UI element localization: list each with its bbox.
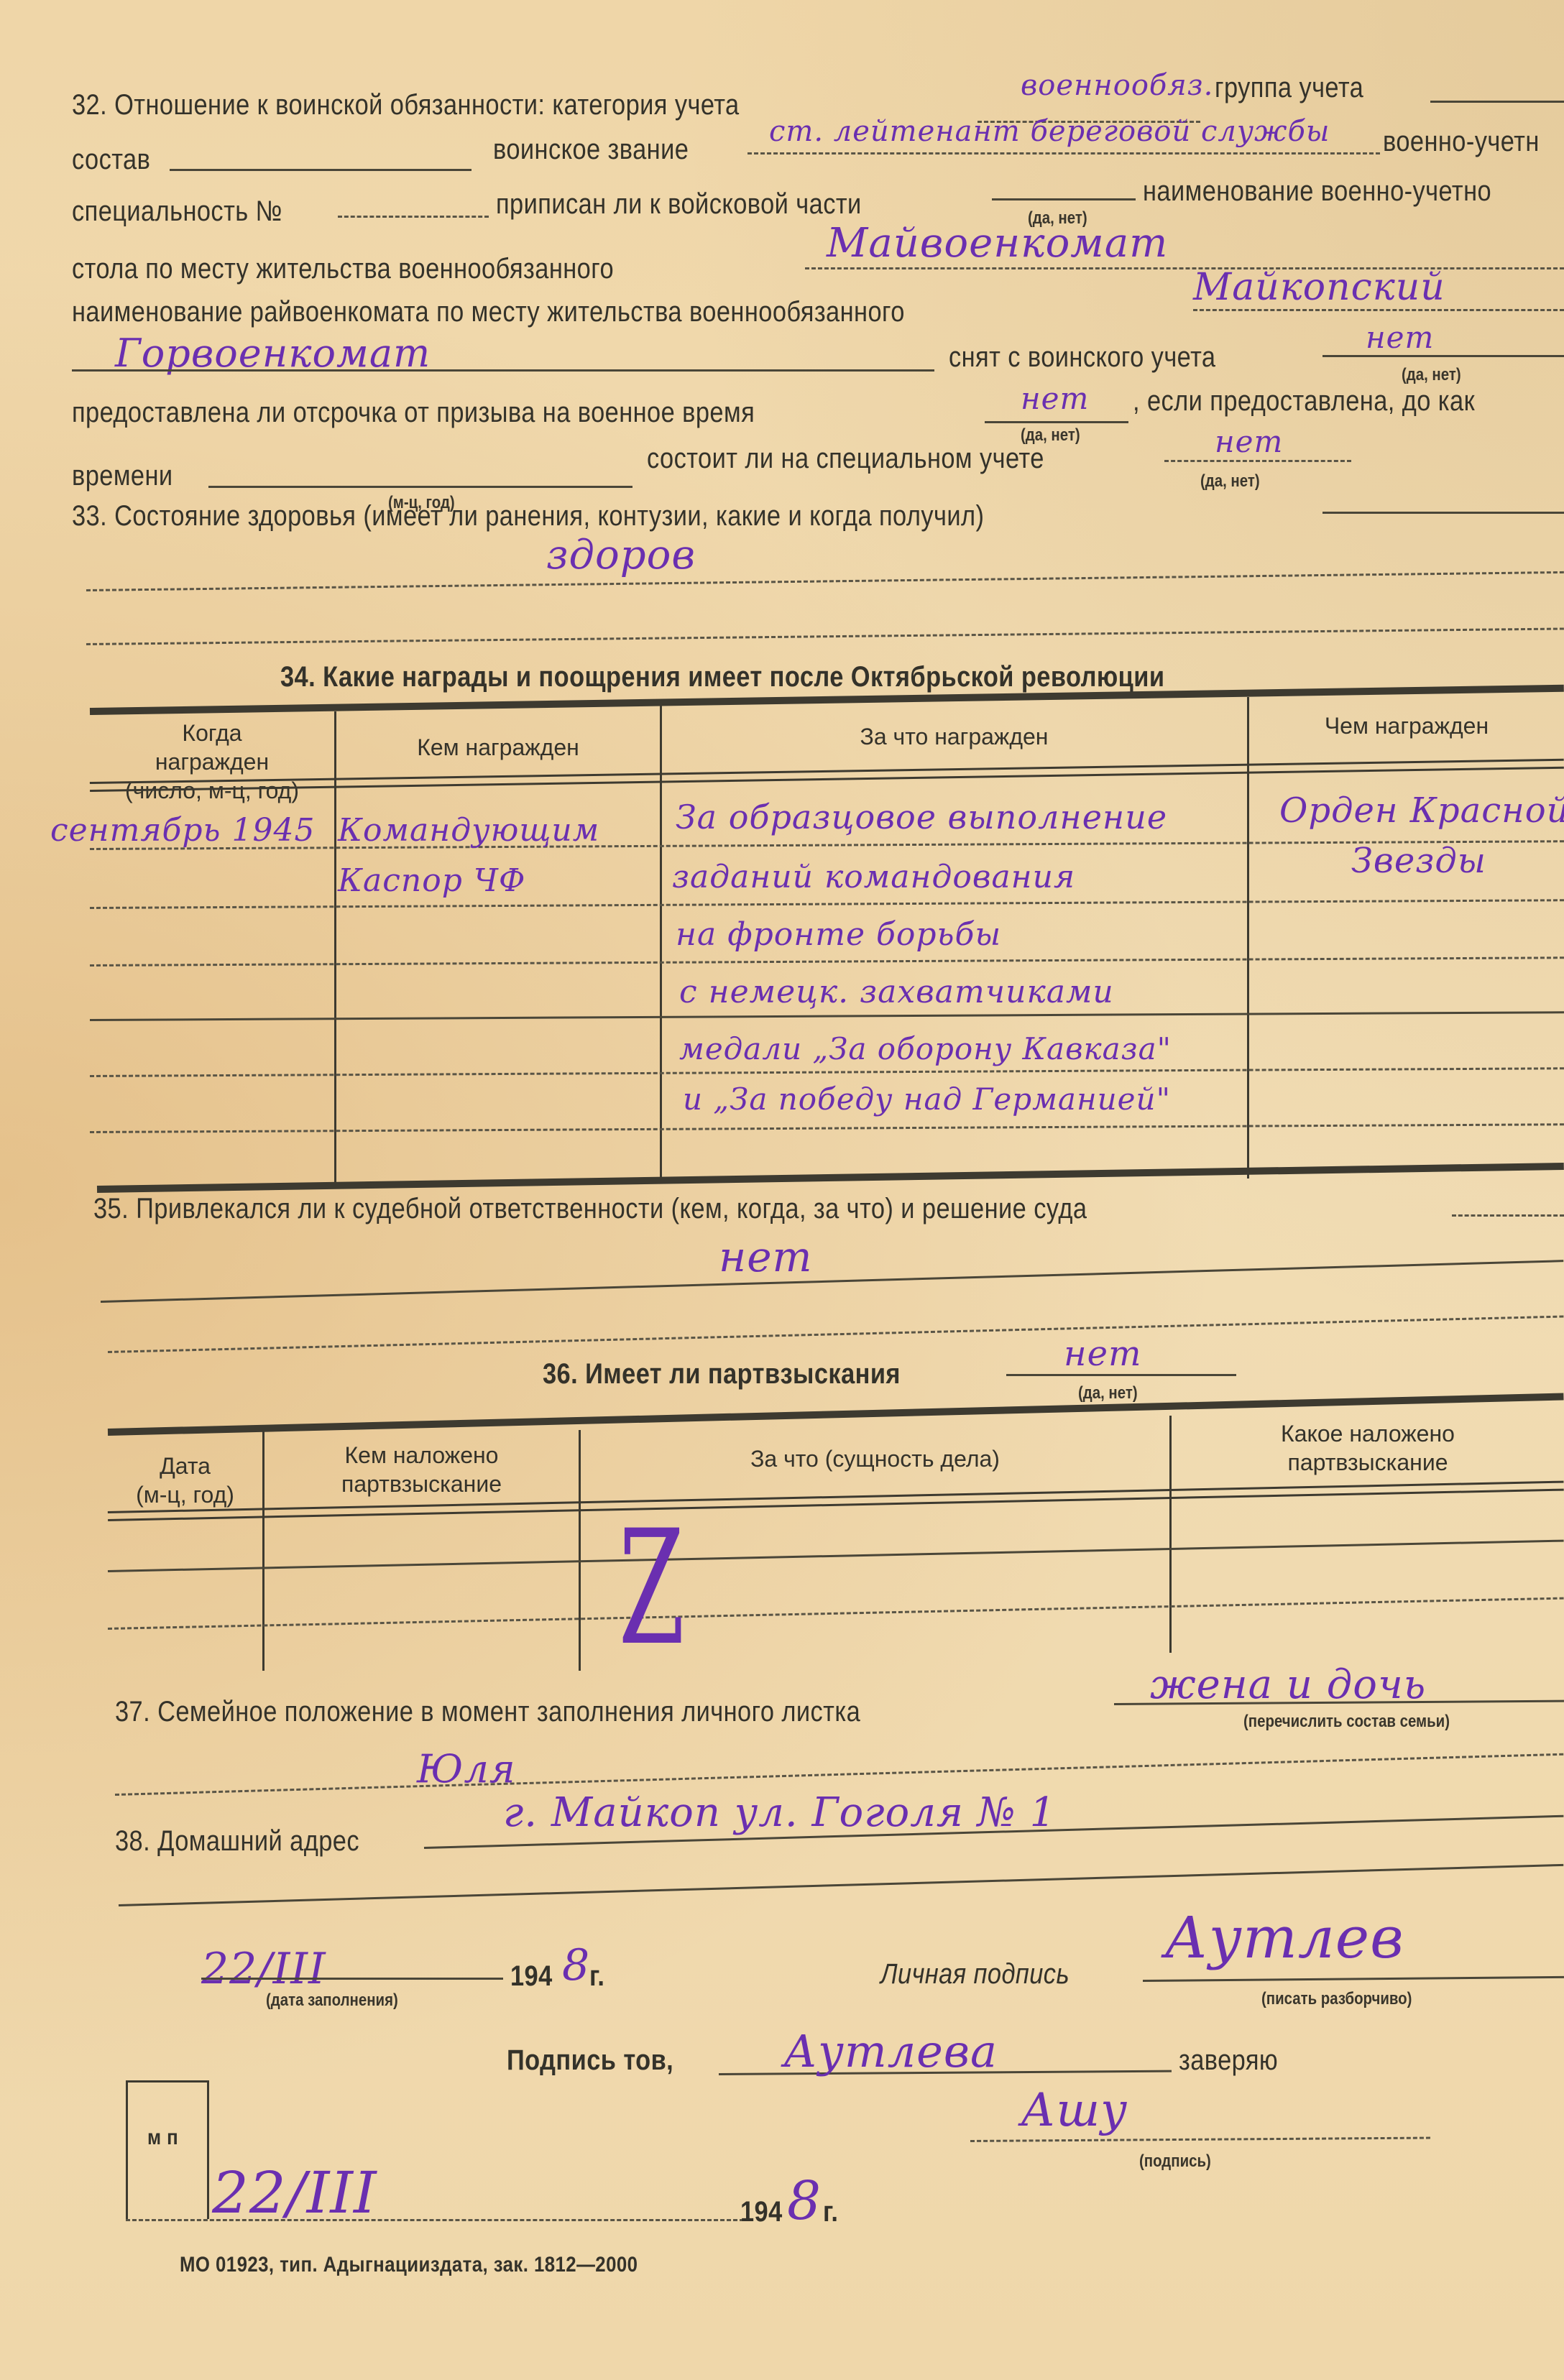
award-row-1-award[interactable]: Орден Красной [1279, 790, 1564, 831]
certifier-signature-value[interactable]: Ашу [1021, 2084, 1128, 2137]
specialty-field-line[interactable] [338, 216, 489, 218]
penalty-row-line-1 [108, 1540, 1564, 1572]
awards-row-line-6 [90, 1123, 1564, 1133]
penalty-header-type: Какое наложено партвзыскание [1172, 1419, 1564, 1477]
cert-year-suffix[interactable]: 8 [787, 2170, 822, 2232]
table-place-field-line [805, 267, 1564, 269]
cert-year-g: г. [823, 2196, 838, 2228]
label-vus-cont: военно-учетн [1383, 126, 1540, 158]
certifier-signature-line [970, 2137, 1430, 2142]
label-rank: воинское звание [493, 134, 689, 166]
award-row-1-by-whom[interactable]: Командующим [338, 812, 599, 849]
removed-field-line [1322, 355, 1564, 357]
award-row-6-for-what[interactable]: и „За победу над Германией" [683, 1081, 1171, 1117]
hint-yes-no-4: (да, нет) [1200, 471, 1260, 492]
court-field-line-1 [101, 1260, 1563, 1303]
printer-imprint: МО 01923, тип. Адыгнацииздата, зак. 1812… [180, 2253, 638, 2277]
label-personal-signature: Личная подпись [880, 1958, 1069, 1991]
award-row-3-for-what[interactable]: на фронте борьбы [676, 916, 1001, 953]
award-row-1-when[interactable]: сентябрь 1945 [50, 812, 315, 849]
label-raion: наименование райвоенкомата по месту жите… [72, 296, 905, 328]
deferral-field-line [985, 421, 1128, 423]
deferral-value[interactable]: нет [1021, 381, 1089, 416]
penalty-strike-mark: Z [619, 1509, 685, 1667]
awards-table-bottom-rule [97, 1163, 1564, 1193]
personal-signature-value[interactable]: Аутлев [1164, 1904, 1404, 1971]
awards-row-line-2 [90, 899, 1564, 909]
time-field-line[interactable] [208, 486, 632, 488]
hint-family: (перечислить состав семьи) [1243, 1712, 1450, 1732]
award-row-2-for-what[interactable]: заданий командования [672, 859, 1075, 895]
label-party-penalty: 36. Имеет ли партвзыскания [543, 1358, 901, 1390]
label-specialty: специальность № [72, 195, 282, 228]
group-field-line[interactable] [1430, 101, 1564, 103]
health-field-line-0 [1322, 512, 1564, 514]
family-value-1[interactable]: жена и дочь [1150, 1661, 1426, 1708]
label-sostav: состав [72, 144, 150, 176]
penalty-header-for-what: За что (сущность дела) [581, 1444, 1169, 1473]
rank-field-line [747, 152, 1380, 154]
fill-year-prefix: 194 [510, 1960, 553, 1993]
label-special: состоит ли на специальном учете [647, 443, 1044, 475]
label-time: времени [72, 460, 173, 492]
signature-tov-value[interactable]: Аутлева [783, 2025, 998, 2077]
hint-legibly: (писать разборчиво) [1261, 1989, 1412, 2009]
label-if-granted: , если предоставлена, до как [1133, 385, 1475, 418]
special-value[interactable]: нет [1215, 424, 1283, 459]
label-court: 35. Привлекался ли к судебной ответствен… [93, 1193, 1087, 1225]
award-row-2-award[interactable]: Звезды [1351, 841, 1486, 881]
fill-year-g: г. [589, 1960, 604, 1993]
label-signature-tov: Подпись тов, [507, 2044, 673, 2077]
court-field-line-2 [108, 1316, 1563, 1353]
health-value[interactable]: здоров [546, 532, 696, 578]
award-row-5-for-what[interactable]: медали „За оборону Кавказа" [679, 1031, 1172, 1066]
cert-date-line [126, 2219, 744, 2221]
label-family: 37. Семейное положение в момент заполнен… [115, 1696, 860, 1728]
rank-value[interactable]: ст. лейтенант береговой службы [769, 115, 1330, 148]
penalty-header-date: Дата (м-ц, год) [108, 1452, 262, 1509]
awards-row-line-4 [90, 1011, 1564, 1021]
label-certify: заверяю [1179, 2044, 1278, 2077]
award-row-4-for-what[interactable]: с немецк. захватчиками [679, 974, 1114, 1010]
label-assigned: приписан ли к войсковой части [496, 188, 862, 221]
awards-row-line-5 [90, 1067, 1564, 1077]
label-table-place: стола по месту жительства военнообязанно… [72, 253, 614, 285]
health-field-line-1 [86, 571, 1564, 591]
label-group: группа учета [1215, 72, 1363, 104]
court-field-line-0 [1452, 1214, 1564, 1217]
hint-fill-date: (дата заполнения) [266, 1991, 398, 2011]
address-field-line-2 [119, 1864, 1563, 1906]
awards-header-for-what: За что награжден [661, 722, 1247, 751]
fill-date-value[interactable]: 22/III [201, 1944, 326, 1994]
health-field-line-2 [86, 627, 1564, 645]
awards-header-award: Чем награжден [1249, 711, 1564, 740]
raion-value-1[interactable]: Майкопский [1193, 266, 1445, 309]
awards-header-by-whom: Кем награжден [336, 733, 660, 762]
fill-date-line [201, 1978, 503, 1980]
removed-value[interactable]: нет [1366, 320, 1434, 355]
address-value[interactable]: г. Майкоп ул. Гоголя № 1 [503, 1789, 1056, 1836]
assigned-field-line[interactable] [992, 198, 1136, 200]
award-row-1-for-what[interactable]: За образцовое выполнение [676, 798, 1167, 836]
label-health: 33. Состояние здоровья (имеет ли ранения… [72, 500, 984, 532]
personal-signature-line [1143, 1976, 1564, 1982]
label-removed: снят с воинского учета [949, 341, 1215, 374]
cert-year-prefix: 194 [740, 2196, 783, 2228]
party-penalty-field-line [1006, 1374, 1236, 1376]
award-row-2-by-whom[interactable]: Каспор ЧФ [338, 862, 525, 899]
hint-yes-no-5: (да, нет) [1078, 1383, 1138, 1403]
awards-header-when: Когда награжден (число, м-ц, год) [90, 719, 334, 805]
hint-signature: (подпись) [1139, 2151, 1211, 2172]
category-value[interactable]: военнообяз. [1021, 69, 1213, 102]
label-address: 38. Домашний адрес [115, 1825, 359, 1858]
fill-year-suffix[interactable]: 8 [562, 1940, 590, 1991]
party-penalty-value[interactable]: нет [1064, 1334, 1142, 1374]
label-vus-name: наименование военно-учетно [1143, 175, 1491, 208]
special-field-line [1164, 460, 1351, 462]
awards-row-line-3 [90, 956, 1564, 967]
label-military-duty: 32. Отношение к воинской обязанности: ка… [72, 89, 740, 121]
court-value[interactable]: нет [719, 1232, 813, 1281]
cert-date-value[interactable]: 22/III [212, 2159, 377, 2226]
penalty-header-by-whom: Кем наложено партвзыскание [264, 1441, 579, 1498]
penalty-row-line-2 [108, 1597, 1564, 1630]
seal-label: м п [147, 2126, 178, 2150]
hint-yes-no-2: (да, нет) [1402, 365, 1461, 385]
sostav-field-line[interactable] [170, 169, 471, 171]
raion-field-line-1 [1193, 309, 1564, 311]
table-place-value[interactable]: Майвоенкомат [827, 220, 1168, 267]
awards-title: 34. Какие награды и поощрения имеет посл… [280, 661, 1164, 693]
raion-field-line-2 [72, 369, 934, 372]
label-deferral: предоставлена ли отсрочка от призыва на … [72, 397, 755, 429]
